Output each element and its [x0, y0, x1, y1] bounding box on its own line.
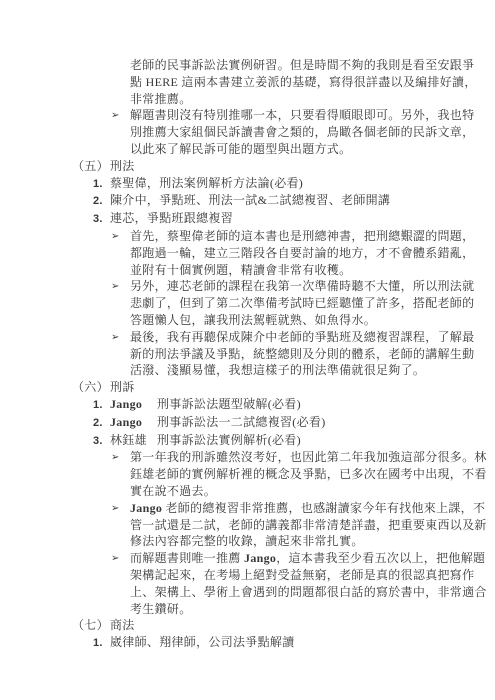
item-text: 陳介中，爭點班、刑法一試&二試總複習、老師開講: [110, 193, 390, 207]
text-line: 點 HERE 這兩本書建立姜派的基礎，寫得很詳盡以及編排好讀，: [130, 74, 475, 91]
numbered-item: 1.崴律師、翔律師，公司法爭點解讀: [0, 634, 495, 652]
item-number: 1.: [93, 397, 110, 414]
text-line: 活潑、淺顯易懂，我想這樣子的刑法準備就很足夠了。: [130, 362, 475, 379]
text-segment: 而解題書則唯一推薦: [130, 551, 244, 565]
bullet-arrow-icon: ➢: [111, 450, 119, 467]
bullet-item: ➢Jango 老師的總複習非常推薦，也感謝讀家今年有找他來上課，不管一試還是二試…: [0, 500, 495, 550]
item-number: 3.: [93, 433, 110, 450]
numbered-item: 2.陳介中，爭點班、刑法一試&二試總複習、老師開講: [0, 192, 495, 210]
text-line: 修法內容都完整的收錄，讀起來非常扎實。: [130, 533, 475, 550]
bullet-arrow-icon: ➢: [111, 108, 119, 125]
item-text: 崴律師、翔律師，公司法爭點解讀: [110, 635, 295, 649]
bullet-arrow-icon: ➢: [111, 501, 119, 518]
document-page: 老師的民事訴訟法實例研習。但是時間不夠的我則是看至安跟爭點 HERE 這兩本書建…: [0, 0, 495, 700]
item-number: 1.: [93, 635, 110, 652]
text-line: 老師的民事訴訟法實例研習。但是時間不夠的我則是看至安跟爭: [130, 57, 475, 74]
item-author: Jango: [110, 396, 157, 413]
text-line: Jango 老師的總複習非常推薦，也感謝讀家今年有找他來上課，不: [130, 500, 475, 517]
item-author: Jango: [110, 414, 157, 431]
section-heading: （七）商法: [0, 617, 495, 634]
text-line: 第一年我的刑訴雖然沒考好，也因此第二年我加強這部分很多。林: [130, 449, 475, 466]
bullet-item: ➢第一年我的刑訴雖然沒考好，也因此第二年我加強這部分很多。林鈺雄老師的實例解析裡…: [0, 449, 495, 499]
bullet-arrow-icon: ➢: [111, 551, 119, 568]
bullet-item: ➢解題書則沒有特別推哪一本，只要看得順眼即可。另外，我也特別推薦大家組個民訴讀書…: [0, 107, 495, 157]
item-text: 連芯，爭點班跟總複習: [110, 211, 233, 225]
item-number: 2.: [93, 193, 110, 210]
item-text: 蔡聖偉，刑法案例解析方法論(必看): [110, 176, 303, 190]
text-line: 解題書則沒有特別推哪一本，只要看得順眼即可。另外，我也特: [130, 107, 475, 124]
continuation-paragraph: 老師的民事訴訟法實例研習。但是時間不夠的我則是看至安跟爭點 HERE 這兩本書建…: [0, 57, 495, 107]
bold-text-segment: Jango: [244, 551, 276, 565]
document-content: 老師的民事訴訟法實例研習。但是時間不夠的我則是看至安跟爭點 HERE 這兩本書建…: [0, 57, 495, 652]
section-number: （七）: [72, 617, 110, 634]
text-segment: 老師的總複習非常推薦，也感謝讀家今年有找他來上課，不: [165, 501, 485, 515]
numbered-item: 2.Jango刑事訴訟法一二試總複習(必看): [0, 414, 495, 432]
item-text: 刑事訴訟法題型破解(必看): [157, 397, 301, 411]
section-title: 刑法: [110, 159, 135, 173]
item-author: 林鈺雄: [110, 432, 157, 449]
bullet-arrow-icon: ➢: [111, 279, 119, 296]
section-title: 刑訴: [110, 380, 135, 394]
numbered-item: 1.Jango刑事訴訟法題型破解(必看): [0, 396, 495, 414]
bullet-item: ➢最後，我有再聽保成陳介中老師的爭點班及總複習課程，了解最新的刑法爭議及爭點，統…: [0, 329, 495, 379]
text-line: 新的刑法爭議及爭點，統整總則及分則的體系，老師的講解生動: [130, 346, 475, 363]
text-line: 另外，連芯老師的課程在我第一次準備時聽不大懂，所以刑法就: [130, 278, 475, 295]
text-line: 架構記起來，在考場上絕對受益無窮，老師是真的很認真把寫作: [130, 567, 475, 584]
bullet-item: ➢首先，蔡聖偉老師的這本書也是刑總神書，把刑總艱澀的問題，都跑過一輪，建立三階段…: [0, 228, 495, 278]
section-title: 商法: [110, 618, 135, 632]
item-text: 刑事訴訟法實例解析(必看): [157, 433, 301, 447]
bullet-arrow-icon: ➢: [111, 330, 119, 347]
bullet-item: ➢另外，連芯老師的課程在我第一次準備時聽不大懂，所以刑法就悲劇了，但到了第二次準…: [0, 278, 495, 328]
text-line: 都跑過一輪，建立三階段各自要討論的地方，才不會體系錯亂，: [130, 245, 475, 262]
text-line: 上、架構上、學術上會遇到的問題都很白話的寫於書中，非常適合: [130, 584, 475, 601]
text-segment: ，這本書我至少看五次以上，把他解題: [276, 551, 485, 565]
text-line: 而解題書則唯一推薦 Jango，這本書我至少看五次以上，把他解題: [130, 550, 475, 567]
section-number: （五）: [72, 158, 110, 175]
bold-text-segment: Jango: [130, 501, 165, 515]
section-heading: （五）刑法: [0, 158, 495, 175]
item-number: 2.: [93, 415, 110, 432]
numbered-item: 3.連芯，爭點班跟總複習: [0, 210, 495, 228]
text-line: 答題懶人包，讓我刑法駕輕就熟、如魚得水。: [130, 312, 475, 329]
text-line: 最後，我有再聽保成陳介中老師的爭點班及總複習課程，了解最: [130, 329, 475, 346]
text-line: 首先，蔡聖偉老師的這本書也是刑總神書，把刑總艱澀的問題，: [130, 228, 475, 245]
text-line: 實在說不過去。: [130, 483, 475, 500]
text-line: 管一試還是二試，老師的講義都非常清楚詳盡，把重要東西以及新: [130, 517, 475, 534]
text-line: 考生鑽研。: [130, 601, 475, 618]
text-line: 非常推薦。: [130, 91, 475, 108]
section-number: （六）: [72, 379, 110, 396]
text-line: 別推薦大家組個民訴讀書會之類的，鳥瞰各個老師的民訴文章，: [130, 124, 475, 141]
text-line: 並附有十個實例題，精讀會非常有收穫。: [130, 262, 475, 279]
text-line: 以此來了解民訴可能的題型與出題方式。: [130, 141, 475, 158]
numbered-item: 3.林鈺雄刑事訴訟法實例解析(必看): [0, 432, 495, 450]
item-number: 1.: [93, 176, 110, 193]
bullet-arrow-icon: ➢: [111, 229, 119, 246]
section-heading: （六）刑訴: [0, 379, 495, 396]
numbered-item: 1.蔡聖偉，刑法案例解析方法論(必看): [0, 175, 495, 193]
item-text: 刑事訴訟法一二試總複習(必看): [157, 415, 326, 429]
text-line: 鈺雄老師的實例解析裡的概念及爭點，已多次在國考中出現，不看: [130, 466, 475, 483]
text-line: 悲劇了，但到了第二次準備考試時已經聽懂了許多，搭配老師的: [130, 295, 475, 312]
bullet-item: ➢而解題書則唯一推薦 Jango，這本書我至少看五次以上，把他解題架構記起來，在…: [0, 550, 495, 617]
item-number: 3.: [93, 211, 110, 228]
